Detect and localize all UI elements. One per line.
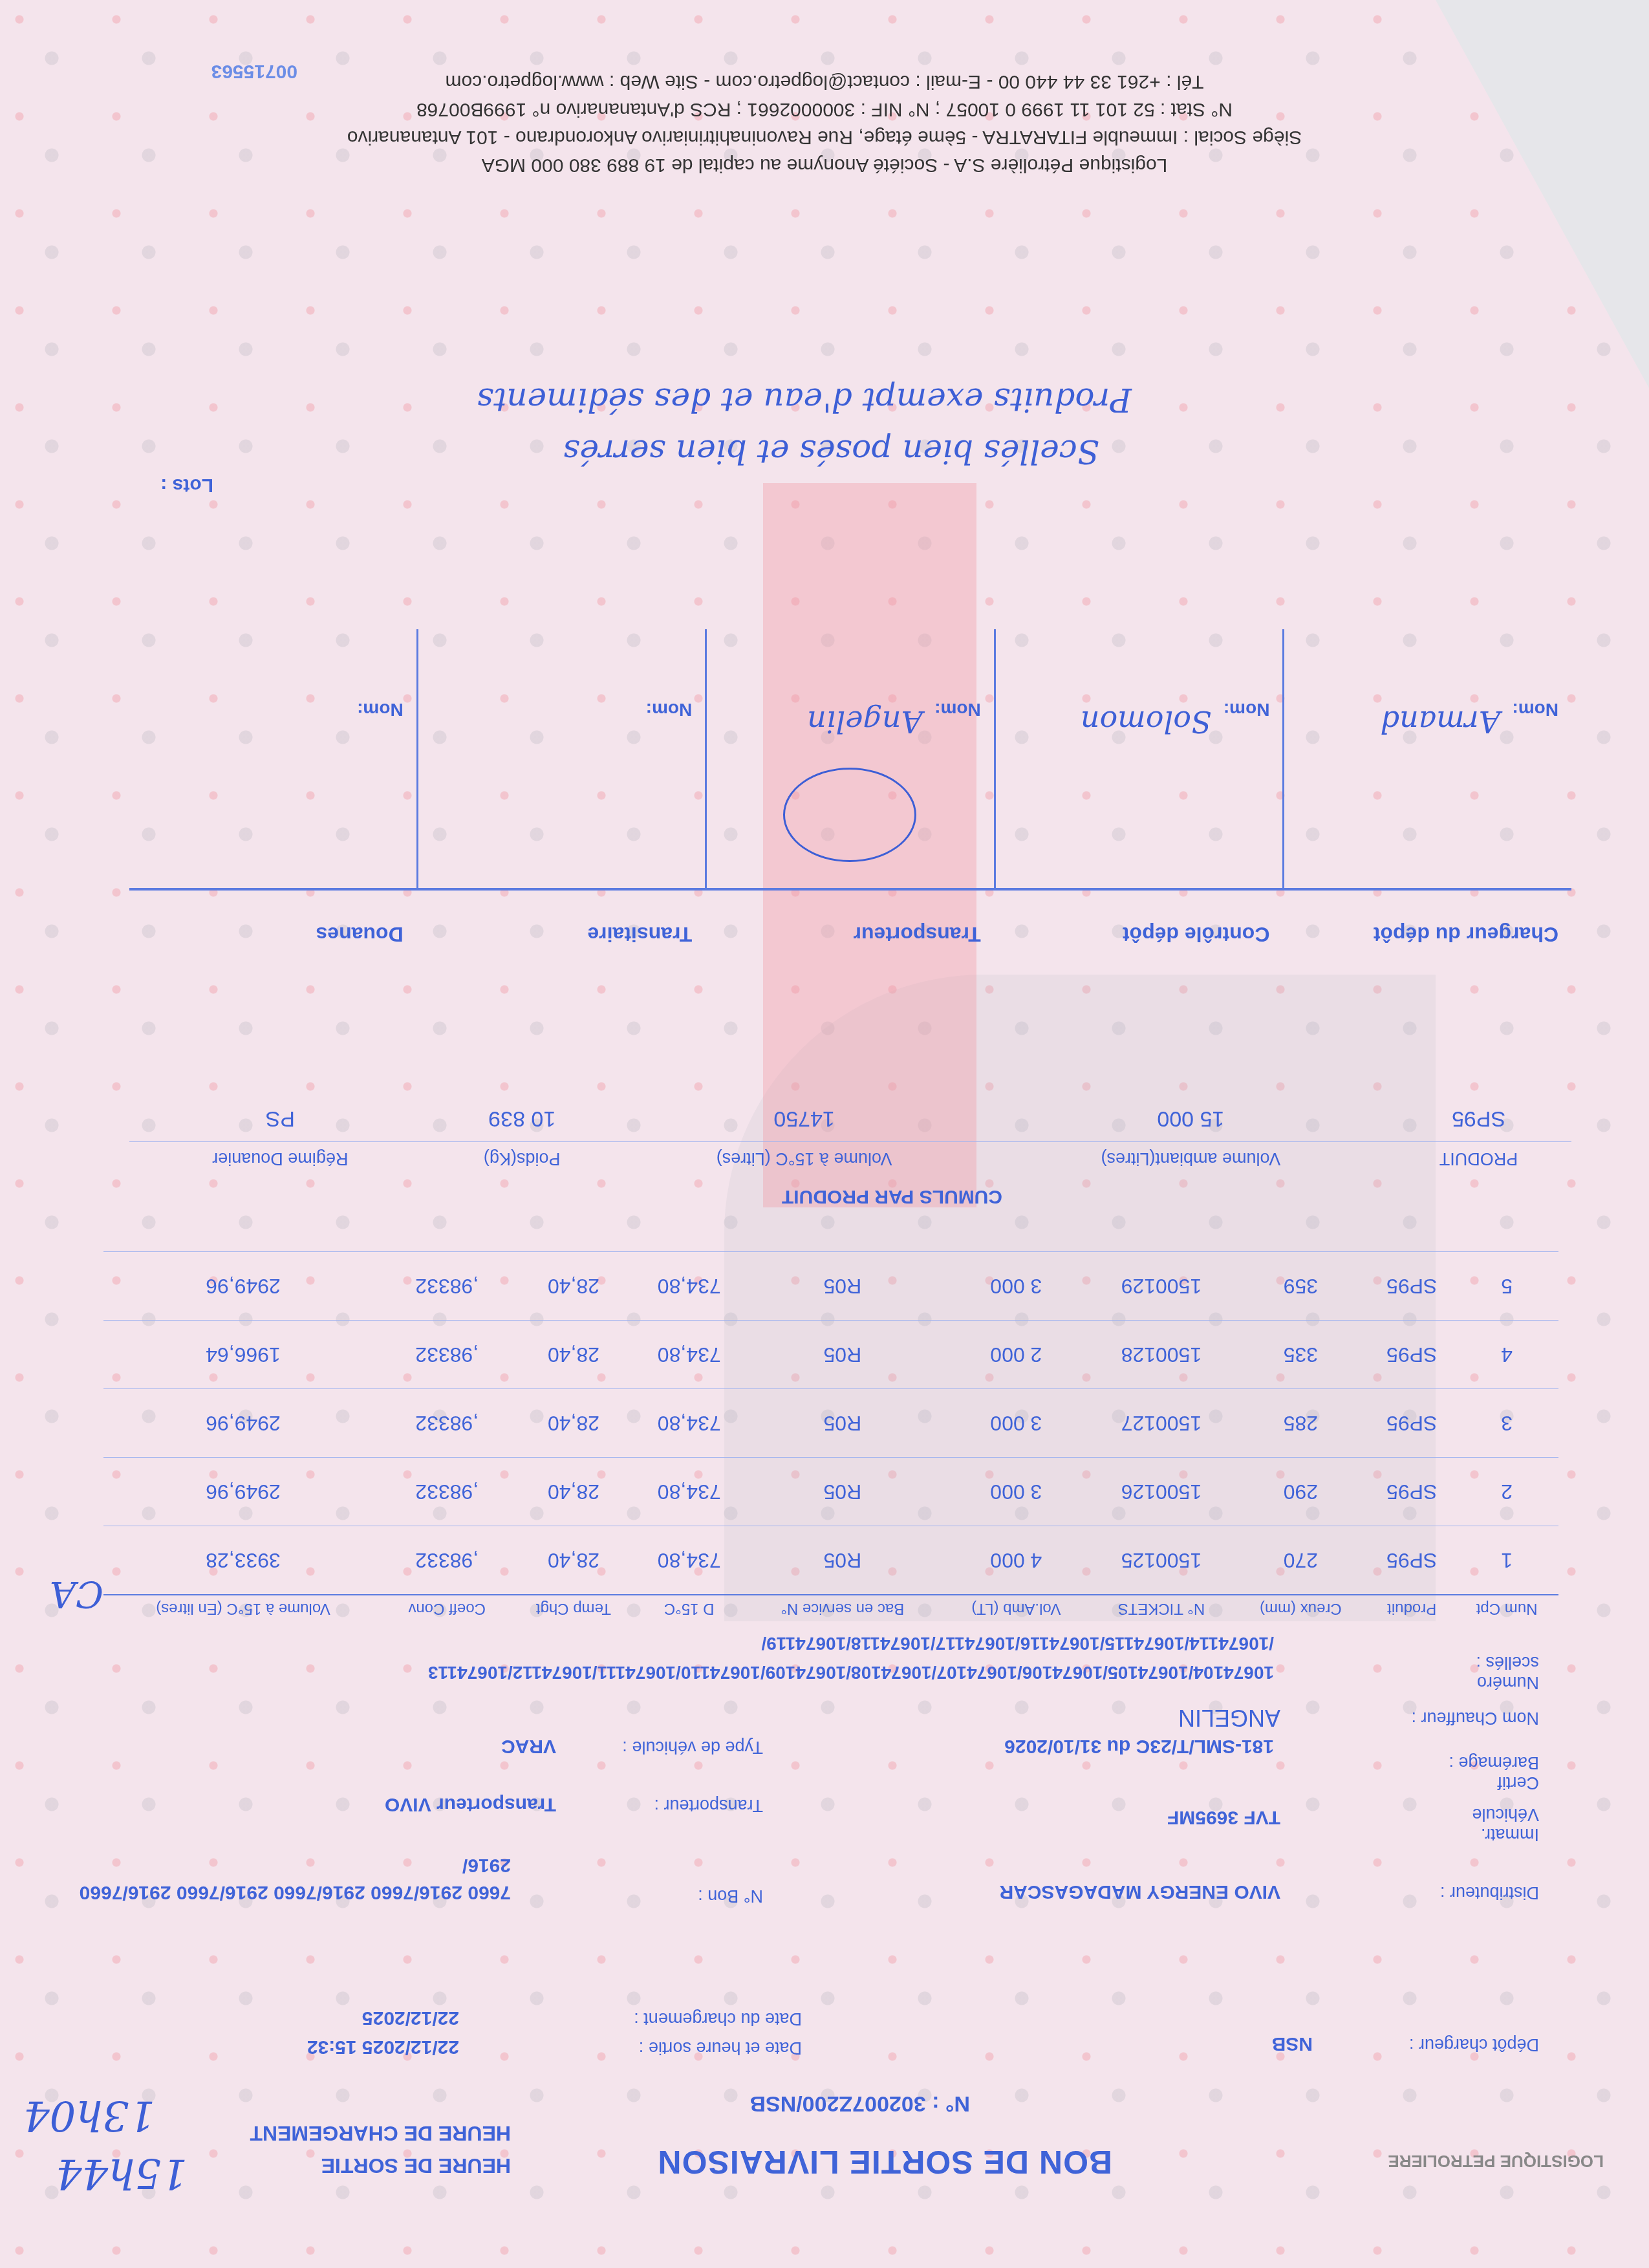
chauffeur-label: Nom Chauffeur : (1411, 1708, 1539, 1728)
cell-d15: 734,80 (636, 1526, 742, 1595)
table-row: 5 SP95 359 1500129 3 000 R05 734,80 28,4… (103, 1252, 1558, 1321)
signature-transporteur: Transporteur Nom: Angelin (705, 629, 994, 888)
cell-produit: SP95 (1368, 1252, 1455, 1321)
cum-regime: PS (129, 1096, 431, 1142)
cumuls-table: PRODUIT Volume ambiant(Litres) Volume à … (129, 1096, 1571, 1175)
cum-col-vol15: Volume à 15°C (Litres) (613, 1142, 996, 1176)
transporteur-value: Transporteur VIVO (385, 1793, 556, 1815)
col-vol15: Volume à 15°C (En litres) (103, 1595, 383, 1621)
heure-chargement-handwritten: 13h04 (23, 2091, 155, 2139)
date-sortie-label: Date et heure sortie : (639, 2038, 802, 2058)
table-row: 4 SP95 335 1500128 2 000 R05 734,80 28,4… (103, 1321, 1558, 1389)
handwritten-note-line-1: Scellés bien posés et bien serrés (563, 433, 1099, 470)
cell-ticket: 1500128 (1090, 1321, 1233, 1389)
col-bac: Bac en service N° (742, 1595, 943, 1621)
document-number-value: 302007Z200/NSB (749, 2091, 925, 2116)
nom-label: Nom: (934, 699, 981, 720)
cell-creux: 335 (1233, 1321, 1368, 1389)
cell-vol15: 1966,64 (103, 1321, 383, 1389)
signature-heading: Douanes (316, 922, 403, 946)
col-creux: Creux (mm) (1233, 1595, 1368, 1621)
cell-creux: 285 (1233, 1389, 1368, 1458)
n-bon-label: N° Bon : (698, 1886, 763, 1906)
date-chargement-value: 22/12/2025 (362, 2007, 459, 2029)
cell-bac: R05 (742, 1252, 943, 1321)
nom-label: Nom: (357, 699, 404, 720)
cell-vol-amb: 3 000 (943, 1252, 1090, 1321)
document-number-label: N° : (932, 2091, 970, 2116)
signature-heading: Transporteur (853, 922, 980, 946)
cum-col-vol-amb: Volume ambiant(Litres) (996, 1142, 1386, 1176)
signature-chargeur: Chargeur du dépôt Nom: Armand (1282, 629, 1571, 888)
table-row: 3 SP95 285 1500127 3 000 R05 734,80 28,4… (103, 1389, 1558, 1458)
cell-creux: 359 (1233, 1252, 1368, 1321)
signature-name-handwritten: Angelin (807, 704, 923, 739)
cell-coeff: ,98332 (383, 1526, 511, 1595)
loading-table: Num Cpt Produit Creux (mm) N° TICKETS Vo… (103, 1251, 1558, 1621)
cell-produit: SP95 (1368, 1526, 1455, 1595)
cum-vol15: 14750 (613, 1096, 996, 1142)
cumuls-title: CUMULS PAR PRODUIT (782, 1185, 1002, 1207)
cell-d15: 734,80 (636, 1458, 742, 1526)
col-coeff: Coeff Conv (383, 1595, 511, 1621)
cell-vol-amb: 2 000 (943, 1321, 1090, 1389)
col-tickets: N° TICKETS (1090, 1595, 1233, 1621)
footer-company: Logistique Pétrolière S.A - Société Anon… (0, 154, 1649, 176)
table-initials-handwritten: CA (50, 1573, 103, 1615)
nom-label: Nom: (646, 699, 693, 720)
cell-temp: 28,40 (511, 1526, 636, 1595)
nom-label: Nom: (1512, 699, 1558, 720)
scelles-line-1: 10674104/10674105/10674106/10674107/1067… (428, 1662, 1274, 1683)
col-num-cpt: Num Cpt (1455, 1595, 1558, 1621)
immatr-label: Immatr. Véhicule (1423, 1804, 1539, 1844)
date-sortie-value: 22/12/2025 15:32 (307, 2036, 459, 2058)
company-logo-text: LOGISTIQUE PETROLIERE (1388, 2151, 1604, 2171)
cum-vol-amb: 15 000 (996, 1096, 1386, 1142)
signature-name-handwritten: Armand (1381, 704, 1500, 739)
certif-value: 181-SML/T/23C du 31/10/2026 (1004, 1735, 1274, 1757)
cum-produit: SP95 (1386, 1096, 1571, 1142)
signature-scribble (783, 768, 916, 862)
cell-creux: 270 (1233, 1526, 1368, 1595)
col-produit: Produit (1368, 1595, 1455, 1621)
table-row: 1 SP95 270 1500125 4 000 R05 734,80 28,4… (103, 1526, 1558, 1595)
cell-bac: R05 (742, 1389, 943, 1458)
col-temp: Temp Chgt (511, 1595, 636, 1621)
heure-chargement-label: HEURE DE CHARGEMENT (250, 2121, 511, 2145)
cell-vol15: 3933,28 (103, 1526, 383, 1595)
signature-controle-depot: Contrôle dépôt Nom: Solomon (994, 629, 1283, 888)
cell-d15: 734,80 (636, 1252, 742, 1321)
footer-address: Siège Social : Immeuble FITARATRA - 5ème… (0, 126, 1649, 148)
cell-coeff: ,98332 (383, 1389, 511, 1458)
scelles-label: Numéro scellés : (1436, 1652, 1539, 1692)
cell-ticket: 1500125 (1090, 1526, 1233, 1595)
col-vol-amb: Vol.Amb (LT) (943, 1595, 1090, 1621)
cell-bac: R05 (742, 1321, 943, 1389)
footer-registration: N° Stat : 52 101 11 1999 0 10057 ; N° NI… (0, 98, 1649, 120)
handwritten-note-line-2: Produits exempt d'eau et des sédiments (477, 381, 1132, 418)
cell-num: 5 (1455, 1252, 1558, 1321)
cell-vol15: 2949,96 (103, 1252, 383, 1321)
cell-num: 4 (1455, 1321, 1558, 1389)
signature-name-handwritten: Solomon (1081, 704, 1212, 739)
cell-temp: 28,40 (511, 1252, 636, 1321)
cell-vol-amb: 3 000 (943, 1458, 1090, 1526)
document-serial: 00715563 (211, 60, 297, 82)
depot-value: NSB (1272, 2033, 1313, 2055)
table-row: 2 SP95 290 1500126 3 000 R05 734,80 28,4… (103, 1458, 1558, 1526)
cum-poids: 10 839 (431, 1096, 613, 1142)
cell-num: 3 (1455, 1389, 1558, 1458)
cell-coeff: ,98332 (383, 1321, 511, 1389)
signature-grid: Chargeur du dépôt Nom: Armand Contrôle d… (129, 629, 1571, 891)
cumuls-header-row: PRODUIT Volume ambiant(Litres) Volume à … (129, 1142, 1571, 1176)
cell-coeff: ,98332 (383, 1252, 511, 1321)
signature-douanes: Douanes Nom: (129, 629, 416, 888)
cell-temp: 28,40 (511, 1458, 636, 1526)
table-header-row: Num Cpt Produit Creux (mm) N° TICKETS Vo… (103, 1595, 1558, 1621)
lots-label: Lots : (160, 474, 213, 496)
heure-sortie-label: HEURE DE SORTIE (321, 2154, 511, 2177)
delivery-note-document: LOGISTIQUE PETROLIERE BON DE SORTIE LIVR… (0, 0, 1649, 2268)
cell-produit: SP95 (1368, 1321, 1455, 1389)
signature-heading: Transitaire (587, 922, 692, 946)
cell-produit: SP95 (1368, 1458, 1455, 1526)
transporteur-label: Transporteur : (654, 1795, 763, 1815)
cell-bac: R05 (742, 1526, 943, 1595)
type-vehicule-value: VRAC (501, 1735, 556, 1757)
cum-col-poids: Poids(Kg) (431, 1142, 613, 1176)
cumuls-row: SP95 15 000 14750 10 839 PS (129, 1096, 1571, 1142)
heure-sortie-handwritten: 15h44 (56, 2149, 188, 2197)
signature-heading: Contrôle dépôt (1123, 922, 1270, 946)
certif-label: Certif Barémage : (1423, 1753, 1539, 1793)
cell-vol-amb: 3 000 (943, 1389, 1090, 1458)
immatr-value: TVF 3695MF (1167, 1806, 1280, 1828)
cell-vol-amb: 4 000 (943, 1526, 1090, 1595)
document-title: BON DE SORTIE LIVRAISON (657, 2143, 1112, 2181)
cell-vol15: 2949,96 (103, 1389, 383, 1458)
cell-d15: 734,80 (636, 1321, 742, 1389)
document-number: N° : 302007Z200/NSB (749, 2091, 970, 2116)
signature-heading: Chargeur du dépôt (1374, 922, 1558, 946)
cell-num: 2 (1455, 1458, 1558, 1526)
distributeur-value: VIVO ENERGY MADAGASCAR (999, 1881, 1280, 1903)
cell-ticket: 1500126 (1090, 1458, 1233, 1526)
col-d15: D 15°C (636, 1595, 742, 1621)
type-vehicule-label: Type de véhicule : (622, 1737, 763, 1757)
cell-d15: 734,80 (636, 1389, 742, 1458)
cell-num: 1 (1455, 1526, 1558, 1595)
n-bon-value: 7660 2916/7660 2916/7660 2916/7660 2916/… (58, 1852, 511, 1906)
cell-temp: 28,40 (511, 1389, 636, 1458)
cell-produit: SP95 (1368, 1389, 1455, 1458)
cell-vol15: 2949,96 (103, 1458, 383, 1526)
signature-transitaire: Transitaire Nom: (416, 629, 706, 888)
cum-col-regime: Régime Douanier (129, 1142, 431, 1176)
cell-temp: 28,40 (511, 1321, 636, 1389)
distributeur-label: Distributeur : (1440, 1883, 1539, 1903)
nom-label: Nom: (1223, 699, 1270, 720)
cell-coeff: ,98332 (383, 1458, 511, 1526)
date-chargement-label: Date du chargement : (634, 2009, 802, 2029)
cell-ticket: 1500127 (1090, 1389, 1233, 1458)
cum-col-produit: PRODUIT (1386, 1142, 1571, 1176)
cell-bac: R05 (742, 1458, 943, 1526)
cell-ticket: 1500129 (1090, 1252, 1233, 1321)
chauffeur-value: ANGELIN (1178, 1704, 1280, 1731)
depot-label: Dépôt chargeur : (1409, 2035, 1539, 2055)
cell-creux: 290 (1233, 1458, 1368, 1526)
scelles-line-2: /10674114/10674115/10674116/10674117/106… (761, 1633, 1274, 1654)
